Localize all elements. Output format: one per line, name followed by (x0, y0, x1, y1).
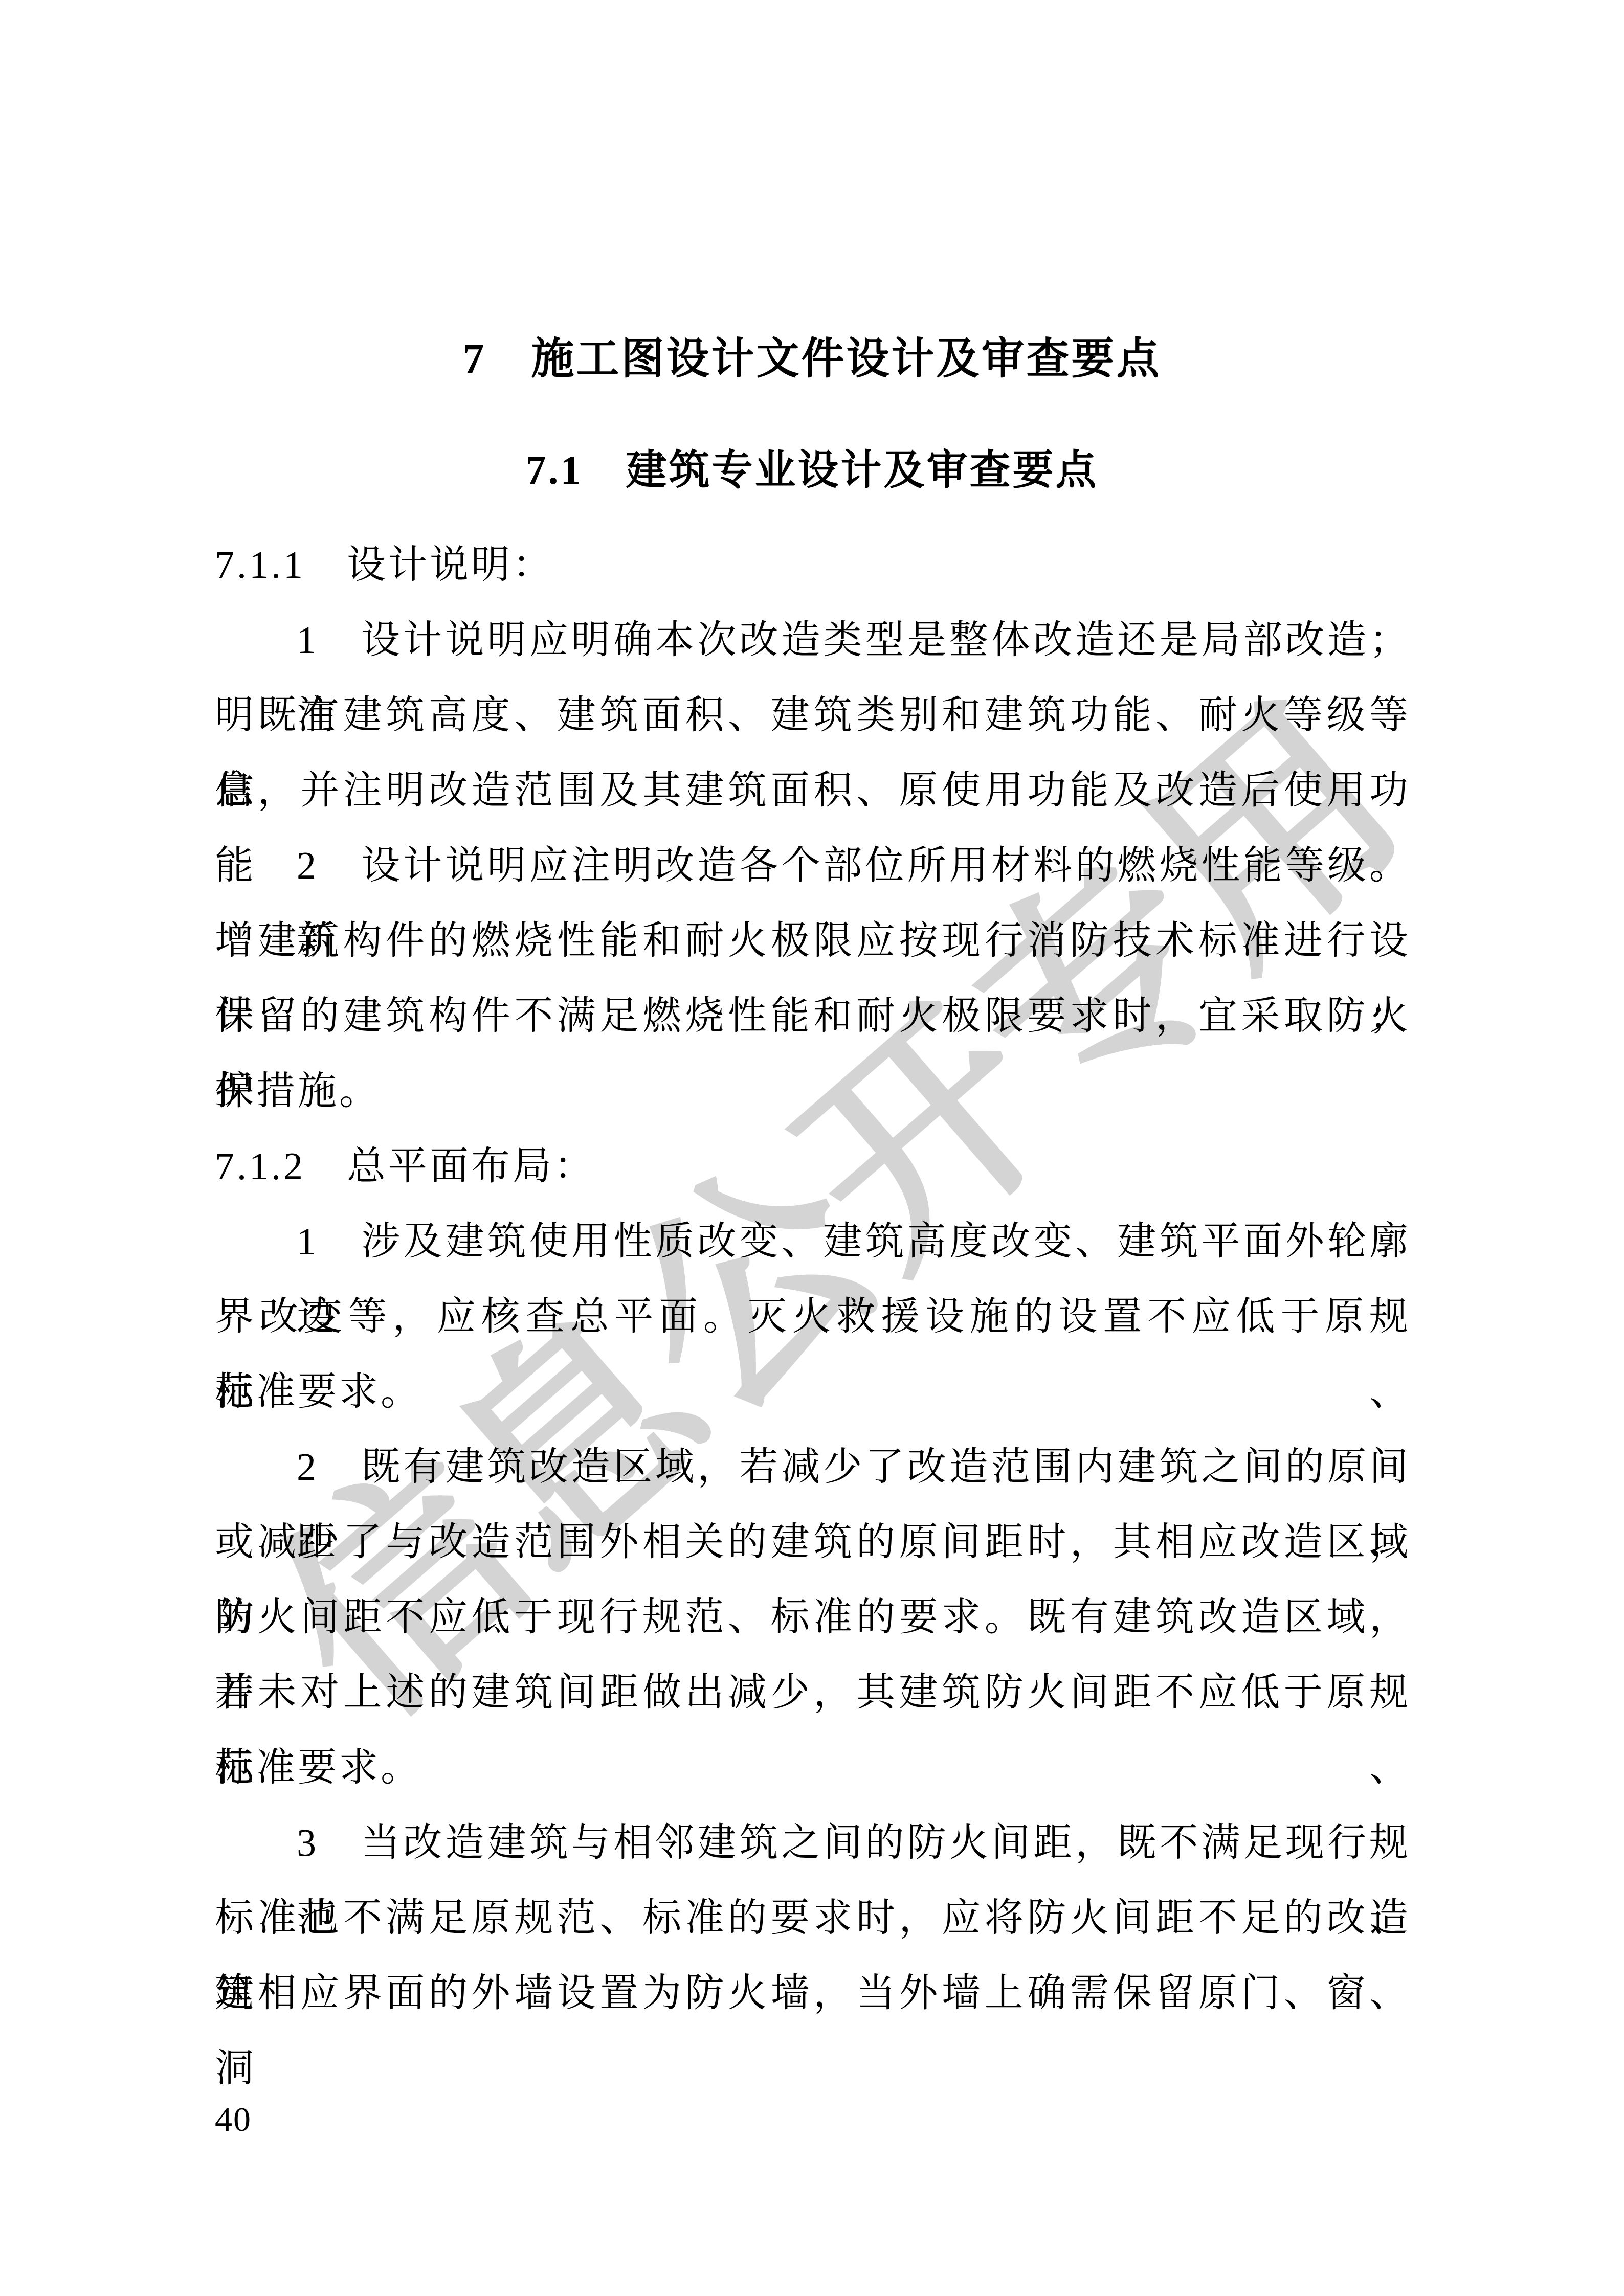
text-line: 标准也不满足原规范、标准的要求时，应将防火间距不足的改造建 (215, 1881, 1411, 1956)
page-number: 40 (215, 2098, 252, 2141)
text-line: 增建筑构件的燃烧性能和耐火极限应按现行消防技术标准进行设计； (215, 904, 1411, 979)
text-line: 2 既有建筑改造区域，若减少了改造范围内建筑之间的原间距， (215, 1430, 1411, 1505)
text-line: 7.1.1 设计说明： (215, 528, 1411, 603)
document-page: 信息公开专用 7 施工图设计文件设计及审查要点 7.1 建筑专业设计及审查要点 … (0, 0, 1624, 2296)
body-text: 7.1.1 设计说明：1 设计说明应明确本次改造类型是整体改造还是局部改造；注明… (215, 528, 1411, 2031)
text-line: 明既有建筑高度、建筑面积、建筑类别和建筑功能、耐火等级等信 (215, 678, 1411, 753)
text-line: 防火间距不应低于现行规范、标准的要求。既有建筑改造区域，若 (215, 1580, 1411, 1655)
text-line: 或减少了与改造范围外相关的建筑的原间距时，其相应改造区域的 (215, 1505, 1411, 1580)
text-line: 护措施。 (215, 1054, 1411, 1129)
text-line: 2 设计说明应注明改造各个部位所用材料的燃烧性能等级。新 (215, 828, 1411, 904)
text-line: 筑相应界面的外墙设置为防火墙，当外墙上确需保留原门、窗、洞 (215, 1956, 1411, 2031)
text-line: 保留的建筑构件不满足燃烧性能和耐火极限要求时，宜采取防火保 (215, 979, 1411, 1054)
text-line: 界改变等，应核查总平面。灭火救援设施的设置不应低于原规范、 (215, 1279, 1411, 1355)
text-line: 并未对上述的建筑间距做出减少，其建筑防火间距不应低于原规范、 (215, 1655, 1411, 1730)
text-line: 7.1.2 总平面布局： (215, 1129, 1411, 1204)
section-title: 7.1 建筑专业设计及审查要点 (0, 444, 1624, 497)
text-line: 1 涉及建筑使用性质改变、建筑高度改变、建筑平面外轮廓边 (215, 1204, 1411, 1279)
text-line: 1 设计说明应明确本次改造类型是整体改造还是局部改造；注 (215, 603, 1411, 678)
text-line: 息，并注明改造范围及其建筑面积、原使用功能及改造后使用功能。 (215, 753, 1411, 828)
chapter-title: 7 施工图设计文件设计及审查要点 (0, 331, 1624, 388)
text-line: 3 当改造建筑与相邻建筑之间的防火间距，既不满足现行规范、 (215, 1806, 1411, 1881)
